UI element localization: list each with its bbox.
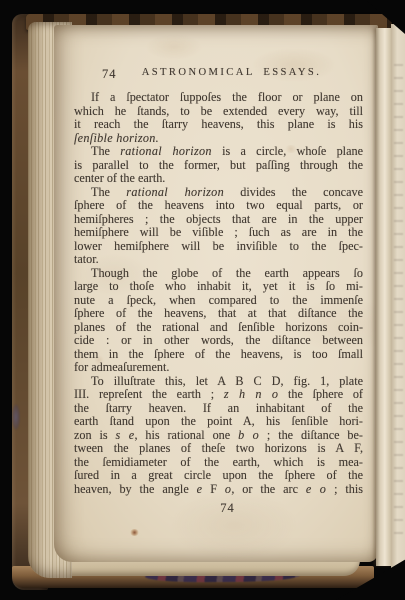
text-line: heaven, by the angle e F o, or the arc e…: [74, 483, 363, 497]
paragraph: The rational horizon divides the concave…: [74, 186, 363, 267]
running-title: ASTRONOMICAL ESSAYS.: [74, 67, 363, 78]
text-line: tween the planes of theſe two horizons i…: [74, 442, 363, 456]
text-line: The rational horizon divides the concave: [74, 186, 363, 200]
paragraph: If a ſpectator ſuppoſes the floor or pla…: [74, 91, 363, 145]
text-line: for admeaſurement.: [74, 361, 363, 375]
text-line: nute a ſpeck, when compared to the immen…: [74, 294, 363, 308]
text-line: tator.: [74, 253, 363, 267]
text-line: which he ſtands, to be extended every wa…: [74, 105, 363, 119]
text-line: the ſtarry heaven. If an inhabitant of t…: [74, 402, 363, 416]
text-line: lower hemiſphere will be inviſible to th…: [74, 240, 363, 254]
text-line: If a ſpectator ſuppoſes the floor or pla…: [74, 91, 363, 105]
text-line: cide : or in other words, the diſtance b…: [74, 334, 363, 348]
text-line: is parallel to the former, but paſſing t…: [74, 159, 363, 173]
book-page: 74 ASTRONOMICAL ESSAYS. If a ſpectator ſ…: [54, 25, 378, 562]
text-line: ſured in a great circle upon the ſphere …: [74, 469, 363, 483]
text-line: The rational horizon is a circle, whoſe …: [74, 145, 363, 159]
text-line: ſenſible horizon.: [74, 132, 363, 146]
ink-stain: [130, 529, 139, 536]
text-line: zon is s e, his rational one b o ; the d…: [74, 429, 363, 443]
printed-text-column: 74 ASTRONOMICAL ESSAYS. If a ſpectator ſ…: [74, 67, 363, 516]
text-line: ſphere of the heavens, that at that diſt…: [74, 307, 363, 321]
text-line: hemiſpheres ; the objects that are in th…: [74, 213, 363, 227]
running-header: 74 ASTRONOMICAL ESSAYS.: [74, 67, 363, 80]
text-line: the ſemidiameter of the earth, which is …: [74, 456, 363, 470]
text-line: center of the earth.: [74, 172, 363, 186]
text-line: it reach the ſtarry heavens, this plane …: [74, 118, 363, 132]
text-line: planes of the rational and ſenſible hori…: [74, 321, 363, 335]
spine-ink-mark: [12, 404, 20, 430]
paragraph: To illuſtrate this, let A B C D, fig. 1,…: [74, 375, 363, 497]
text-body: If a ſpectator ſuppoſes the floor or pla…: [74, 91, 363, 496]
facing-page-sliver: [391, 24, 405, 570]
page-fore-edge: [376, 28, 392, 566]
text-line: III. repreſent the earth ; z h n o the ſ…: [74, 388, 363, 402]
paragraph: Though the globe of the earth appears ſo…: [74, 267, 363, 375]
text-line: ſphere of the heavens into two equal par…: [74, 199, 363, 213]
text-line: them in the ſphere of the heavens, is to…: [74, 348, 363, 362]
text-line: large to thoſe who inhabit it, yet it is…: [74, 280, 363, 294]
text-line: To illuſtrate this, let A B C D, fig. 1,…: [74, 375, 363, 389]
book-photograph: 74 ASTRONOMICAL ESSAYS. If a ſpectator ſ…: [0, 0, 405, 600]
text-line: hemiſphere will be viſible ; ſuch as are…: [74, 226, 363, 240]
paragraph: The rational horizon is a circle, whoſe …: [74, 145, 363, 186]
header-page-number: 74: [102, 67, 117, 82]
footer-page-number: 74: [74, 501, 363, 516]
text-line: earth ſtand upon the point A, his ſenſib…: [74, 415, 363, 429]
text-line: Though the globe of the earth appears ſo: [74, 267, 363, 281]
